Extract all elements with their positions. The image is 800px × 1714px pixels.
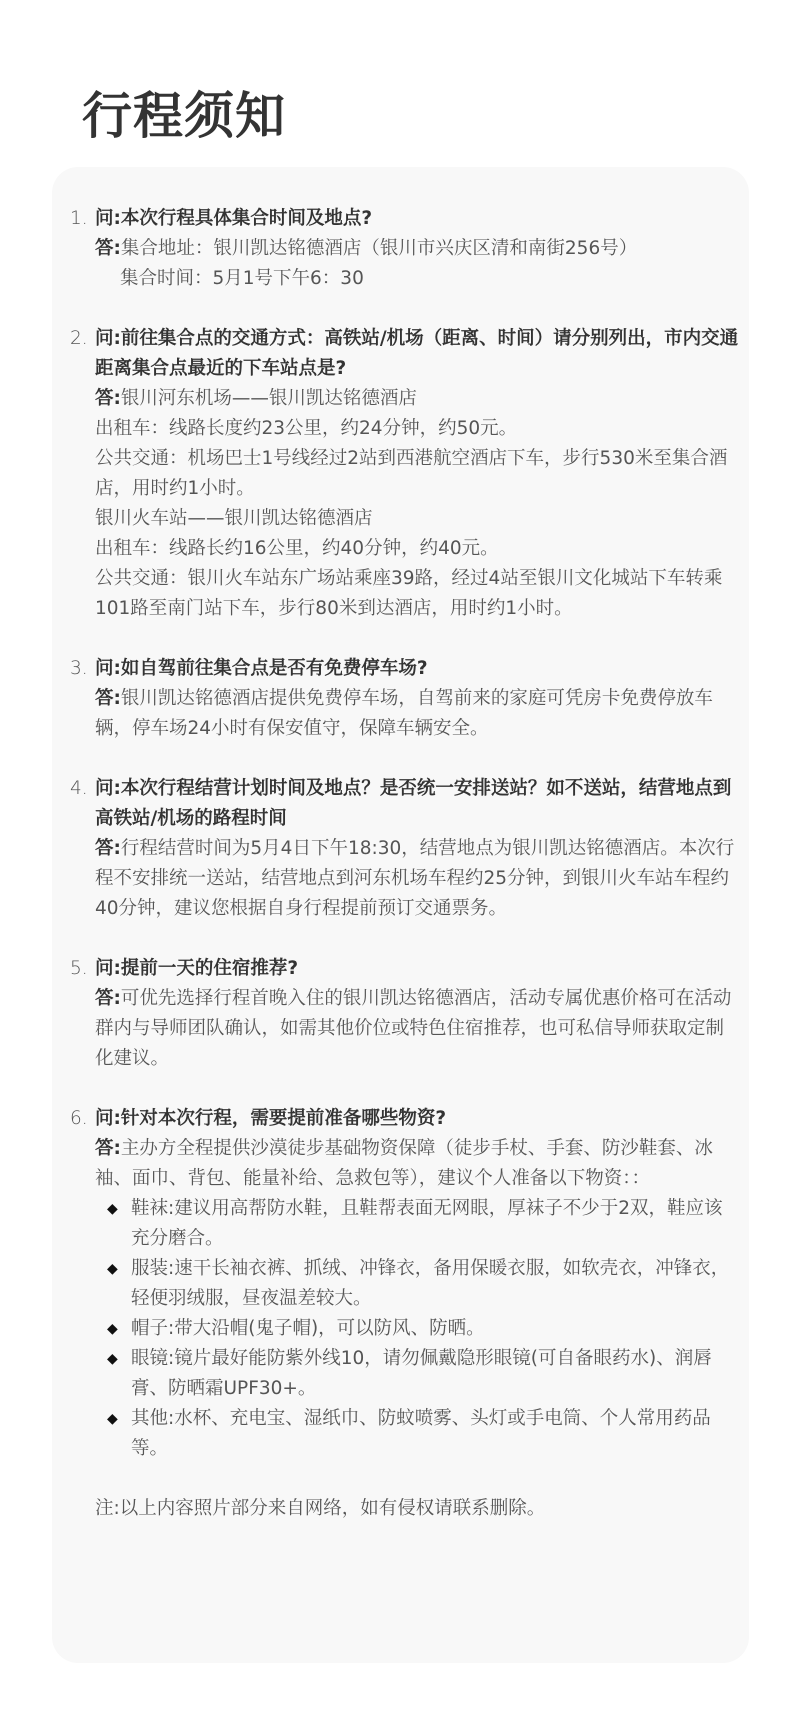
answer-line: 答:可优先选择行程首晚入住的银川凯达铭德酒店，活动专属优惠价格可在活动群内与导师… (95, 984, 740, 1074)
diamond-bullet-icon: ◆ (107, 1194, 131, 1254)
faq-item-2: 2. 问:前往集合点的交通方式：高铁站/机场（距离、时间）请分别列出，市内交通距… (70, 324, 740, 624)
faq-item-3: 3. 问:如自驾前往集合点是否有免费停车场? 答:银川凯达铭德酒店提供免费停车场… (70, 654, 740, 744)
question: 问:前往集合点的交通方式：高铁站/机场（距离、时间）请分别列出，市内交通距离集合… (95, 324, 740, 384)
answer-line: 答:行程结营时间为5月4日下午18:30，结营地点为银川凯达铭德酒店。本次行程不… (95, 834, 740, 924)
question: 问:针对本次行程，需要提前准备哪些物资? (95, 1104, 446, 1134)
item-number: 2. (70, 324, 95, 384)
disclaimer-note: 注:以上内容照片部分来自网络，如有侵权请联系删除。 (70, 1494, 740, 1524)
list-item: ◆ 其他:水杯、充电宝、湿纸巾、防蚊喷雾、头灯或手电筒、个人常用药品等。 (107, 1404, 740, 1464)
answer-line: 银川火车站——银川凯达铭德酒店 (95, 504, 740, 534)
question: 问:本次行程结营计划时间及地点？是否统一安排送站？如不送站，结营地点到高铁站/机… (95, 774, 740, 834)
answer-line: 公共交通：银川火车站东广场站乘座39路，经过4站至银川文化城站下车转乘101路至… (95, 564, 740, 624)
diamond-bullet-icon: ◆ (107, 1404, 131, 1464)
diamond-bullet-icon: ◆ (107, 1344, 131, 1404)
answer-label: 答: (95, 1138, 121, 1159)
item-number: 3. (70, 654, 95, 684)
diamond-bullet-icon: ◆ (107, 1254, 131, 1314)
list-item: ◆ 鞋袜:建议用高帮防水鞋，且鞋帮表面无网眼，厚袜子不少于2双，鞋应该充分磨合。 (107, 1194, 740, 1254)
faq-item-4: 4. 问:本次行程结营计划时间及地点？是否统一安排送站？如不送站，结营地点到高铁… (70, 774, 740, 924)
answer-line: 出租车：线路长度约23公里，约24分钟，约50元。 (95, 414, 740, 444)
diamond-bullet-icon: ◆ (107, 1314, 131, 1344)
answer-label: 答: (95, 838, 121, 859)
answer-line: 出租车：线路长约16公里，约40分钟，约40元。 (95, 534, 740, 564)
answer-label: 答: (95, 688, 121, 709)
faq-item-1: 1. 问:本次行程具体集合时间及地点? 答:集合地址：银川凯达铭德酒店（银川市兴… (70, 204, 740, 294)
answer-line: 答:银川河东机场——银川凯达铭德酒店 (95, 384, 740, 414)
answer-line: 答:银川凯达铭德酒店提供免费停车场，自驾前来的家庭可凭房卡免费停放车辆，停车场2… (95, 684, 740, 744)
answer-line: 答:集合地址：银川凯达铭德酒店（银川市兴庆区清和南街256号） (95, 234, 740, 264)
list-item: ◆ 眼镜:镜片最好能防紫外线10，请勿佩戴隐形眼镜(可自备眼药水)、润唇膏、防晒… (107, 1344, 740, 1404)
question: 问:本次行程具体集合时间及地点? (95, 204, 372, 234)
supply-list: ◆ 鞋袜:建议用高帮防水鞋，且鞋帮表面无网眼，厚袜子不少于2双，鞋应该充分磨合。… (95, 1194, 740, 1464)
item-number: 1. (70, 204, 95, 234)
faq-item-5: 5. 问:提前一天的住宿推荐? 答:可优先选择行程首晚入住的银川凯达铭德酒店，活… (70, 954, 740, 1074)
item-number: 5. (70, 954, 95, 984)
answer-label: 答: (95, 388, 121, 409)
faq-list: 1. 问:本次行程具体集合时间及地点? 答:集合地址：银川凯达铭德酒店（银川市兴… (70, 204, 740, 1524)
faq-item-6: 6. 问:针对本次行程，需要提前准备哪些物资? 答:主办方全程提供沙漠徒步基础物… (70, 1104, 740, 1464)
page-title: 行程须知 (82, 86, 286, 146)
answer-label: 答: (95, 238, 121, 259)
answer-label: 答: (95, 988, 121, 1009)
item-number: 4. (70, 774, 95, 834)
answer-line: 集合时间：5月1号下午6：30 (95, 264, 740, 294)
item-number: 6. (70, 1104, 95, 1134)
question: 问:提前一天的住宿推荐? (95, 954, 298, 984)
list-item: ◆ 服装:速干长袖衣裤、抓绒、冲锋衣，备用保暖衣服，如软壳衣，冲锋衣，轻便羽绒服… (107, 1254, 740, 1314)
question: 问:如自驾前往集合点是否有免费停车场? (95, 654, 428, 684)
list-item: ◆ 帽子:带大沿帽(鬼子帽)，可以防风、防晒。 (107, 1314, 740, 1344)
answer-line: 答:主办方全程提供沙漠徒步基础物资保障（徒步手杖、手套、防沙鞋套、冰袖、面巾、背… (95, 1134, 740, 1194)
answer-line: 公共交通：机场巴士1号线经过2站到西港航空酒店下车，步行530米至集合酒店，用时… (95, 444, 740, 504)
